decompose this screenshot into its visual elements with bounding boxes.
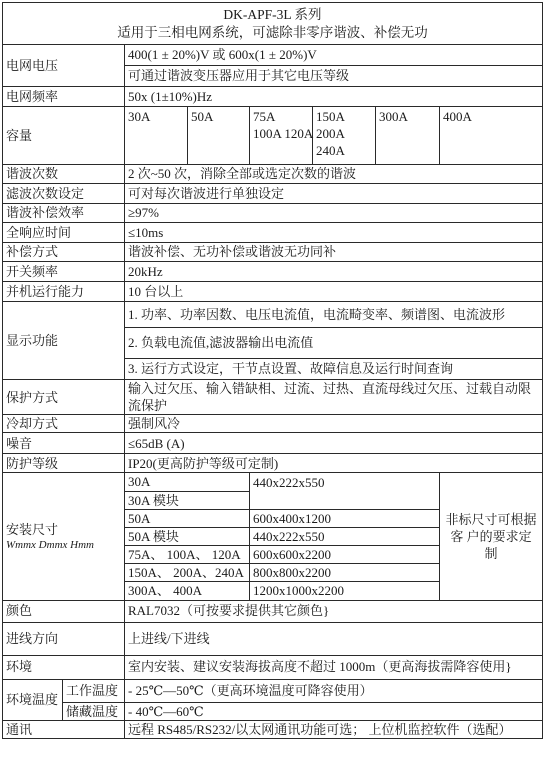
response-time-value: ≤10ms [125, 223, 543, 243]
grid-frequency-label: 电网频率 [3, 87, 125, 107]
noise-value: ≤65dB (A) [125, 433, 543, 454]
dimensions-model-30a-module: 30A 模块 [125, 491, 250, 509]
working-temperature-value: - 25℃—50℃（更高环境温度可降容使用） [125, 679, 543, 702]
compensation-mode-value: 谐波补偿、无功补偿或谐波无功同补 [125, 243, 543, 262]
cable-entry-value: 上进线/下进线 [125, 622, 543, 655]
ip-rating-value: IP20(更高防护等级可定制) [125, 454, 543, 473]
capacity-label: 容量 [3, 107, 125, 165]
switching-frequency-value: 20kHz [125, 262, 543, 282]
dimensions-size-50a: 600x400x1200 [250, 509, 440, 527]
dimensions-model-30a: 30A [125, 473, 250, 491]
parallel-capability-value: 10 台以上 [125, 282, 543, 302]
dimensions-label: 安装尺寸 [6, 521, 121, 538]
capacity-option-30a: 30A [125, 107, 188, 165]
grid-voltage-label: 电网电压 [3, 45, 125, 87]
capacity-option-300a: 300A [376, 107, 440, 165]
display-functions-label: 显示功能 [3, 302, 125, 380]
display-functions-item-2: 2. 负载电流值,滤波器输出电流值 [125, 328, 543, 359]
dimensions-size-30a: 440x222x550 [250, 473, 440, 509]
compensation-efficiency-value: ≥97% [125, 204, 543, 223]
harmonic-orders-value: 2 次~50 次，消除全部或选定次数的谐波 [125, 165, 543, 184]
capacity-option-75-120a: 75A 100A 120A [250, 107, 313, 165]
series-subtitle: 适用于三相电网系统，可滤除非零序谐波、补偿无功 [7, 24, 538, 42]
grid-frequency-value: 50x (1±10%)Hz [125, 87, 543, 107]
display-functions-item-1: 1. 功率、功率因数、电压电流值，电流畸变率、频谱图、电流波形 [125, 302, 543, 328]
cable-entry-label: 进线方向 [3, 622, 125, 655]
parallel-capability-label: 并机运行能力 [3, 282, 125, 302]
filter-order-setting-label: 滤波次数设定 [3, 184, 125, 204]
cooling-label: 冷却方式 [3, 415, 125, 433]
working-temperature-label: 工作温度 [63, 679, 125, 702]
dimensions-size-75-120a: 600x600x2200 [250, 546, 440, 564]
dimensions-label-cell: 安装尺寸 Wmmx Dmmx Hmm [3, 473, 125, 600]
dimensions-size-50a-module: 440x222x550 [250, 527, 440, 545]
capacity-option-150-240a: 150A 200A 240A [313, 107, 376, 165]
switching-frequency-label: 开关频率 [3, 262, 125, 282]
cooling-value: 强制风冷 [125, 415, 543, 433]
dimensions-custom-note: 非标尺寸可根据客 户的要求定制 [440, 473, 543, 600]
protection-value: 输入过欠压、输入错缺相、过流、过热、直流母线过欠压、过载自动限流保护 [125, 380, 543, 415]
dimensions-model-300-400a: 300A、 400A [125, 582, 250, 600]
harmonic-orders-label: 谐波次数 [3, 165, 125, 184]
ip-rating-label: 防护等级 [3, 454, 125, 473]
series-title: DK-APF-3L 系列 [7, 6, 538, 24]
response-time-label: 全响应时间 [3, 223, 125, 243]
communication-label: 通讯 [3, 720, 125, 738]
grid-voltage-value-2: 可通过谐波变压器应用于其它电压等级 [125, 66, 543, 87]
storage-temperature-value: - 40℃—60℃ [125, 702, 543, 720]
ambient-temperature-label: 环境温度 [3, 679, 63, 720]
table-title-cell: DK-APF-3L 系列 适用于三相电网系统，可滤除非零序谐波、补偿无功 [3, 3, 543, 45]
storage-temperature-label: 储藏温度 [63, 702, 125, 720]
environment-label: 环境 [3, 655, 125, 679]
noise-label: 噪音 [3, 433, 125, 454]
environment-value: 室内安装、建议安装海拔高度不超过 1000m（更高海拔需降容使用} [125, 655, 543, 679]
color-value: RAL7032（可按要求提供其它颜色} [125, 600, 543, 622]
dimensions-model-75-120a: 75A、 100A、 120A [125, 546, 250, 564]
spec-table: DK-APF-3L 系列 适用于三相电网系统，可滤除非零序谐波、补偿无功 电网电… [2, 2, 543, 739]
capacity-option-50a: 50A [188, 107, 250, 165]
color-label: 颜色 [3, 600, 125, 622]
dimensions-size-300-400a: 1200x1000x2200 [250, 582, 440, 600]
communication-value: 远程 RS485/RS232/以太网通讯功能可选； 上位机监控软件（选配） [125, 720, 543, 738]
capacity-option-400a: 400A [440, 107, 543, 165]
dimensions-model-50a: 50A [125, 509, 250, 527]
dimensions-size-150-240a: 800x800x2200 [250, 564, 440, 582]
dimensions-model-150-240a: 150A、 200A、240A [125, 564, 250, 582]
compensation-efficiency-label: 谐波补偿效率 [3, 204, 125, 223]
protection-label: 保护方式 [3, 380, 125, 415]
filter-order-setting-value: 可对每次谐波进行单独设定 [125, 184, 543, 204]
spec-sheet-page: DK-APF-3L 系列 适用于三相电网系统，可滤除非零序谐波、补偿无功 电网电… [0, 0, 545, 739]
compensation-mode-label: 补偿方式 [3, 243, 125, 262]
grid-voltage-value-1: 400(1 ± 20%)V 或 600x(1 ± 20%)V [125, 45, 543, 66]
dimensions-model-50a-module: 50A 模块 [125, 527, 250, 545]
display-functions-item-3: 3. 运行方式设定，干节点设置、故障信息及运行时间查询 [125, 359, 543, 380]
dimensions-unit-note: Wmmx Dmmx Hmm [6, 538, 121, 553]
